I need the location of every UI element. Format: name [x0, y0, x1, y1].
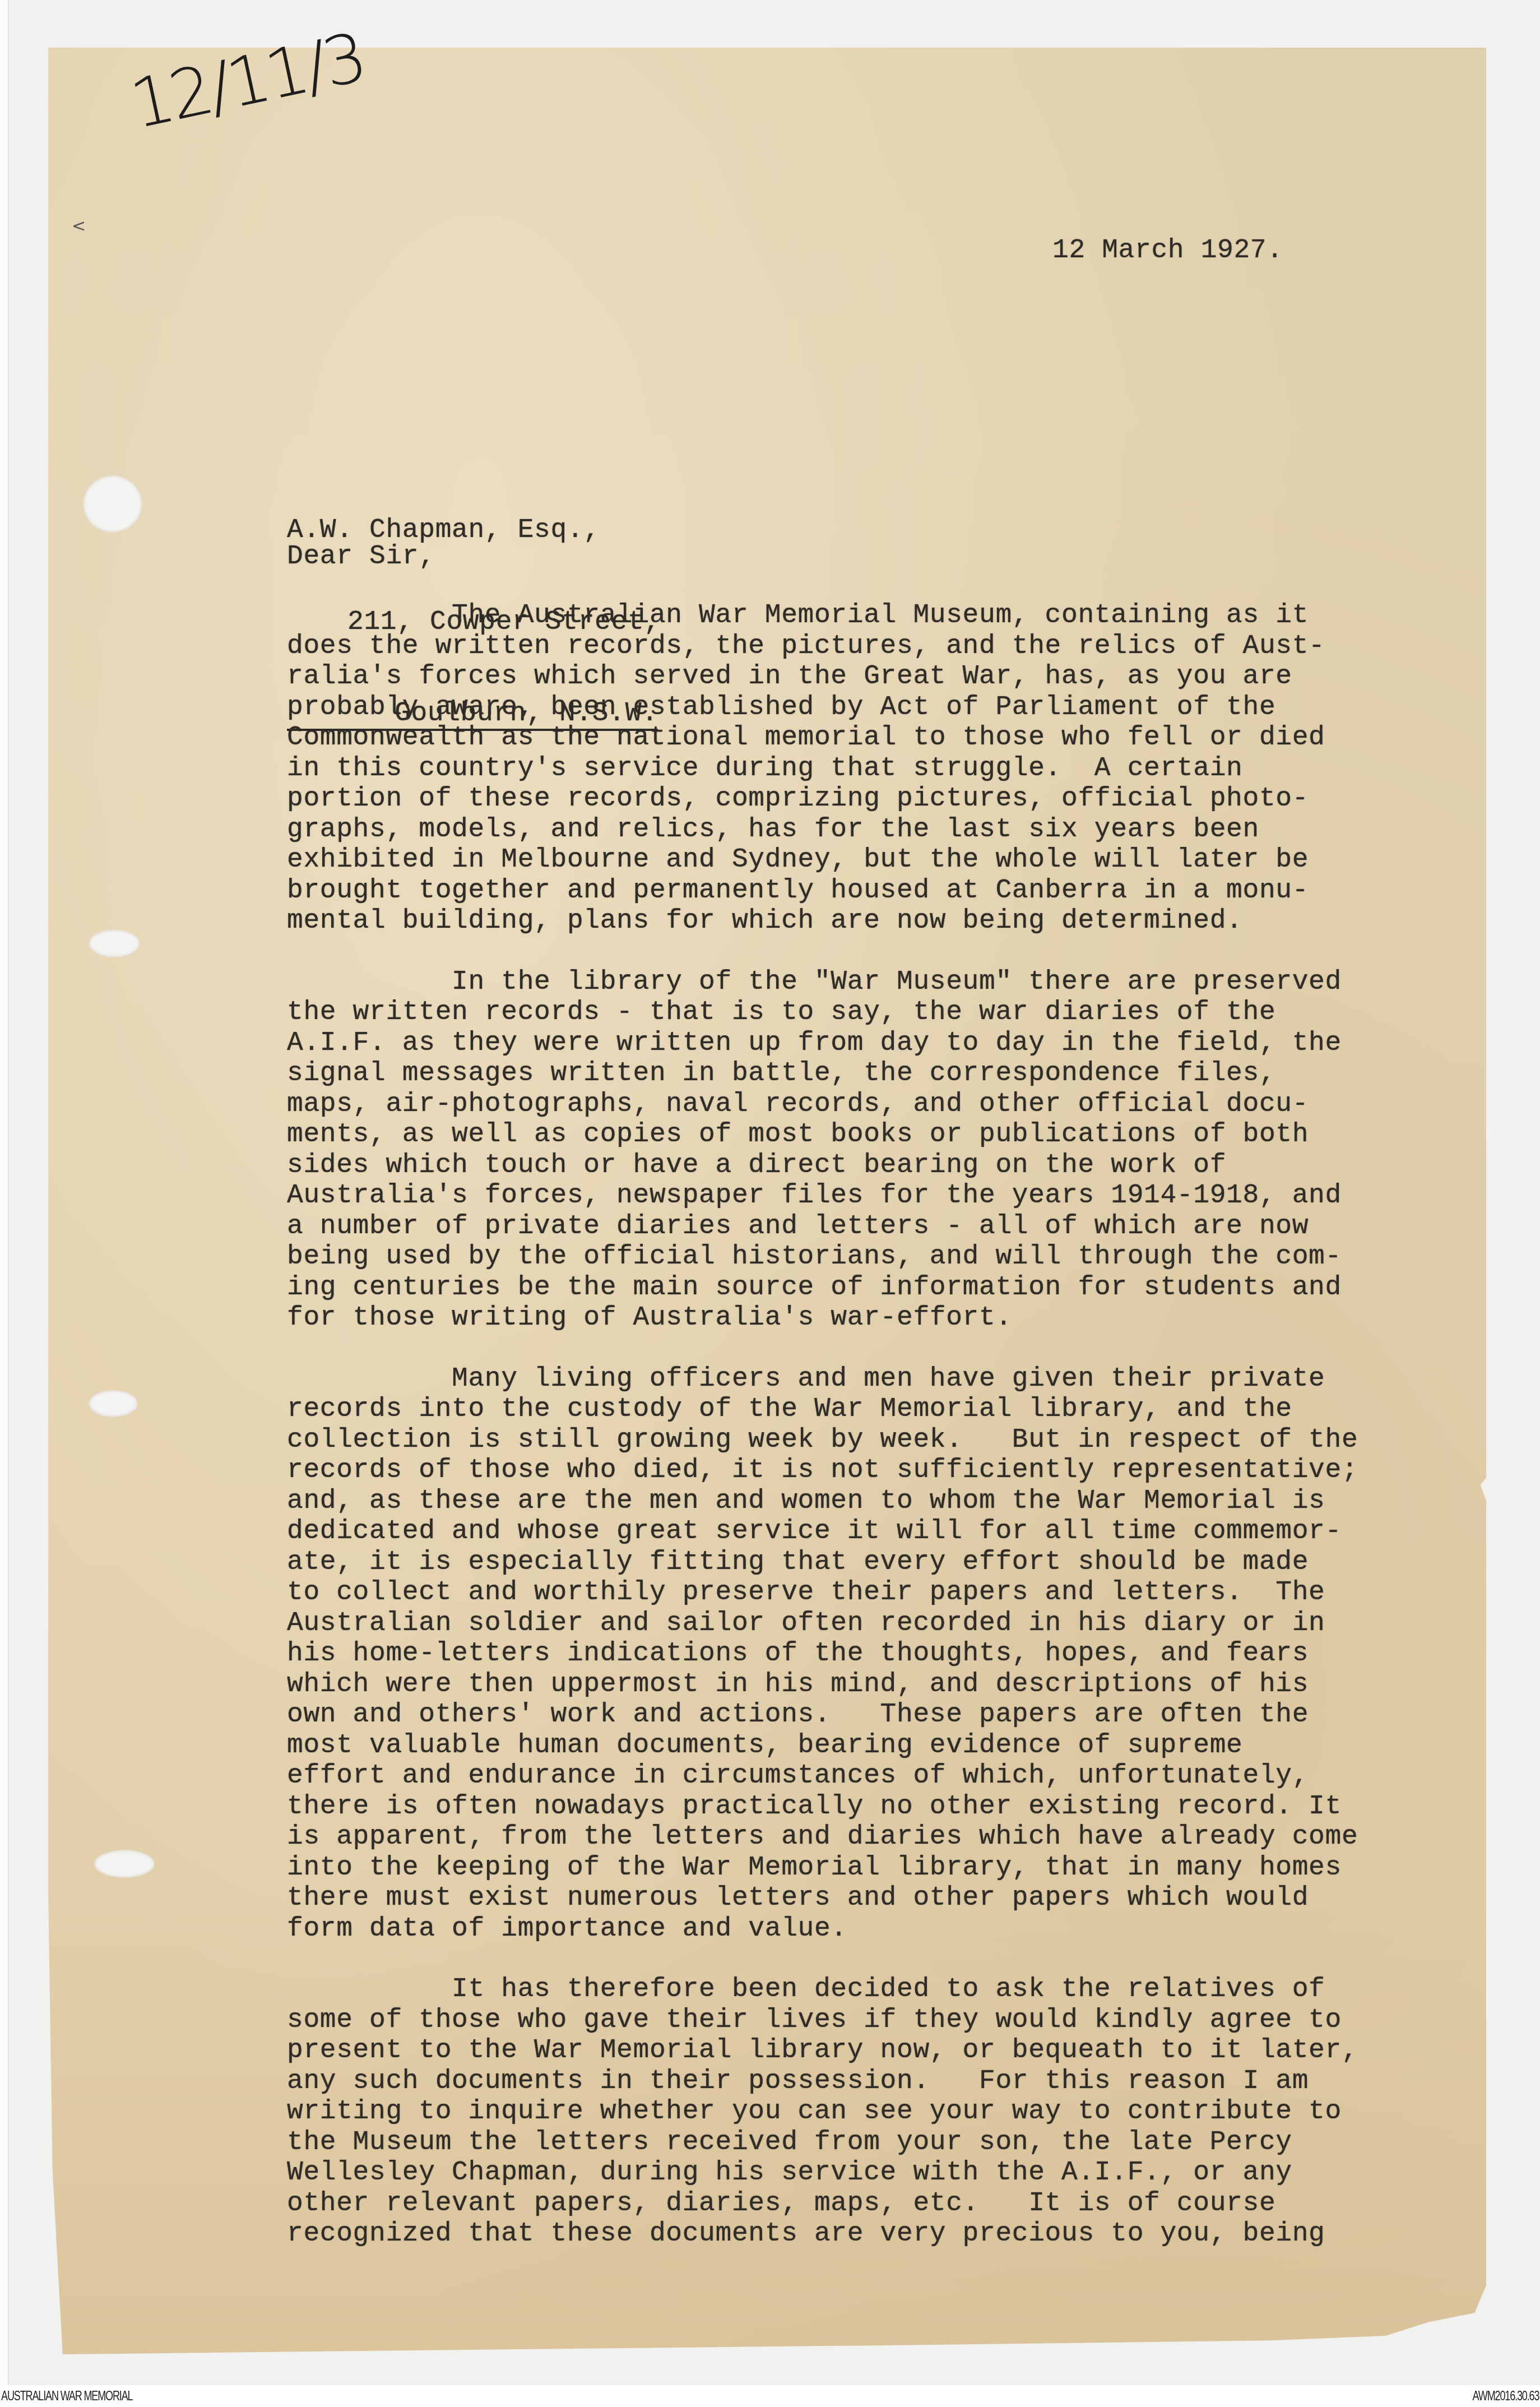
text-line: a number of private diaries and letters … [287, 1211, 1475, 1242]
letter-body: The Australian War Memorial Museum, cont… [287, 600, 1475, 2280]
text-line: some of those who gave their lives if th… [287, 2005, 1475, 2036]
text-line: writing to inquire whether you can see y… [287, 2096, 1475, 2127]
accession-number: AWM2016.30.63 [1472, 2389, 1539, 2404]
text-line: which were then uppermost in his mind, a… [287, 1669, 1475, 1700]
letter-date: 12 March 1927. [1052, 235, 1283, 266]
margin-mark: < [72, 216, 86, 236]
text-line: effort and endurance in circumstances of… [287, 1761, 1475, 1792]
institution-label: AUSTRALIAN WAR MEMORIAL [1, 2389, 132, 2404]
text-line: portion of these records, comprizing pic… [287, 784, 1475, 814]
paragraph-1: The Australian War Memorial Museum, cont… [287, 600, 1475, 937]
text-line: and, as these are the men and women to w… [287, 1486, 1475, 1517]
punch-hole [89, 929, 140, 957]
paragraph-3: Many living officers and men have given … [287, 1364, 1475, 1945]
text-line: collection is still growing week by week… [287, 1425, 1475, 1456]
text-line: mental building, plans for which are now… [287, 906, 1475, 937]
text-line: there must exist numerous letters and ot… [287, 1883, 1475, 1914]
punch-hole [89, 1390, 138, 1417]
text-line: signal messages written in battle, the c… [287, 1058, 1475, 1089]
text-line: The Australian War Memorial Museum, cont… [287, 600, 1475, 631]
text-line: is apparent, from the letters and diarie… [287, 1822, 1475, 1853]
text-line: In the library of the "War Museum" there… [287, 967, 1475, 998]
paragraph-2: In the library of the "War Museum" there… [287, 967, 1475, 1334]
text-line: in this country's service during that st… [287, 753, 1475, 784]
text-line: there is often nowadays practically no o… [287, 1792, 1475, 1822]
punch-hole [83, 475, 142, 533]
text-line: own and others' work and actions. These … [287, 1700, 1475, 1730]
text-line: most valuable human documents, bearing e… [287, 1730, 1475, 1761]
scan-edge [0, 0, 9, 2385]
text-line: ing centuries be the main source of info… [287, 1272, 1475, 1303]
text-line: ralia's forces which served in the Great… [287, 661, 1475, 692]
text-line: It has therefore been decided to ask the… [287, 1974, 1475, 2005]
text-line: dedicated and whose great service it wil… [287, 1516, 1475, 1547]
text-line: form data of importance and value. [287, 1914, 1475, 1945]
text-line: the Museum the letters received from you… [287, 2127, 1475, 2158]
text-line: for those writing of Australia's war-eff… [287, 1303, 1475, 1334]
text-line: Australia's forces, newspaper files for … [287, 1181, 1475, 1211]
text-line: Many living officers and men have given … [287, 1364, 1475, 1395]
text-line: does the written records, the pictures, … [287, 631, 1475, 662]
text-line: recognized that these documents are very… [287, 2219, 1475, 2249]
archive-footer: AUSTRALIAN WAR MEMORIAL AWM2016.30.63 [0, 2385, 1540, 2407]
text-line: any such documents in their possession. … [287, 2066, 1475, 2097]
paragraph-4: It has therefore been decided to ask the… [287, 1974, 1475, 2249]
text-line: into the keeping of the War Memorial lib… [287, 1853, 1475, 1883]
text-line: being used by the official historians, a… [287, 1242, 1475, 1272]
text-line: sides which touch or have a direct beari… [287, 1150, 1475, 1181]
text-line: exhibited in Melbourne and Sydney, but t… [287, 845, 1475, 876]
text-line: other relevant papers, diaries, maps, et… [287, 2188, 1475, 2219]
text-line: A.I.F. as they were written up from day … [287, 1028, 1475, 1059]
text-line: present to the War Memorial library now,… [287, 2035, 1475, 2066]
text-line: probably aware, been established by Act … [287, 692, 1475, 723]
text-line: to collect and worthily preserve their p… [287, 1577, 1475, 1608]
text-line: records into the custody of the War Memo… [287, 1394, 1475, 1425]
text-line: maps, air-photographs, naval records, an… [287, 1089, 1475, 1120]
text-line: ments, as well as copies of most books o… [287, 1119, 1475, 1150]
text-line: his home-letters indications of the thou… [287, 1638, 1475, 1669]
text-line: the written records - that is to say, th… [287, 997, 1475, 1028]
punch-hole [94, 1850, 155, 1878]
text-line: brought together and permanently housed … [287, 876, 1475, 906]
text-line: Australian soldier and sailor often reco… [287, 1608, 1475, 1639]
text-line: Wellesley Chapman, during his service wi… [287, 2158, 1475, 2188]
text-line: graphs, models, and relics, has for the … [287, 814, 1475, 845]
salutation: Dear Sir, [287, 541, 435, 572]
text-line: ate, it is especially fitting that every… [287, 1547, 1475, 1578]
text-line: Commonwealth as the national memorial to… [287, 723, 1475, 753]
text-line: records of those who died, it is not suf… [287, 1455, 1475, 1486]
